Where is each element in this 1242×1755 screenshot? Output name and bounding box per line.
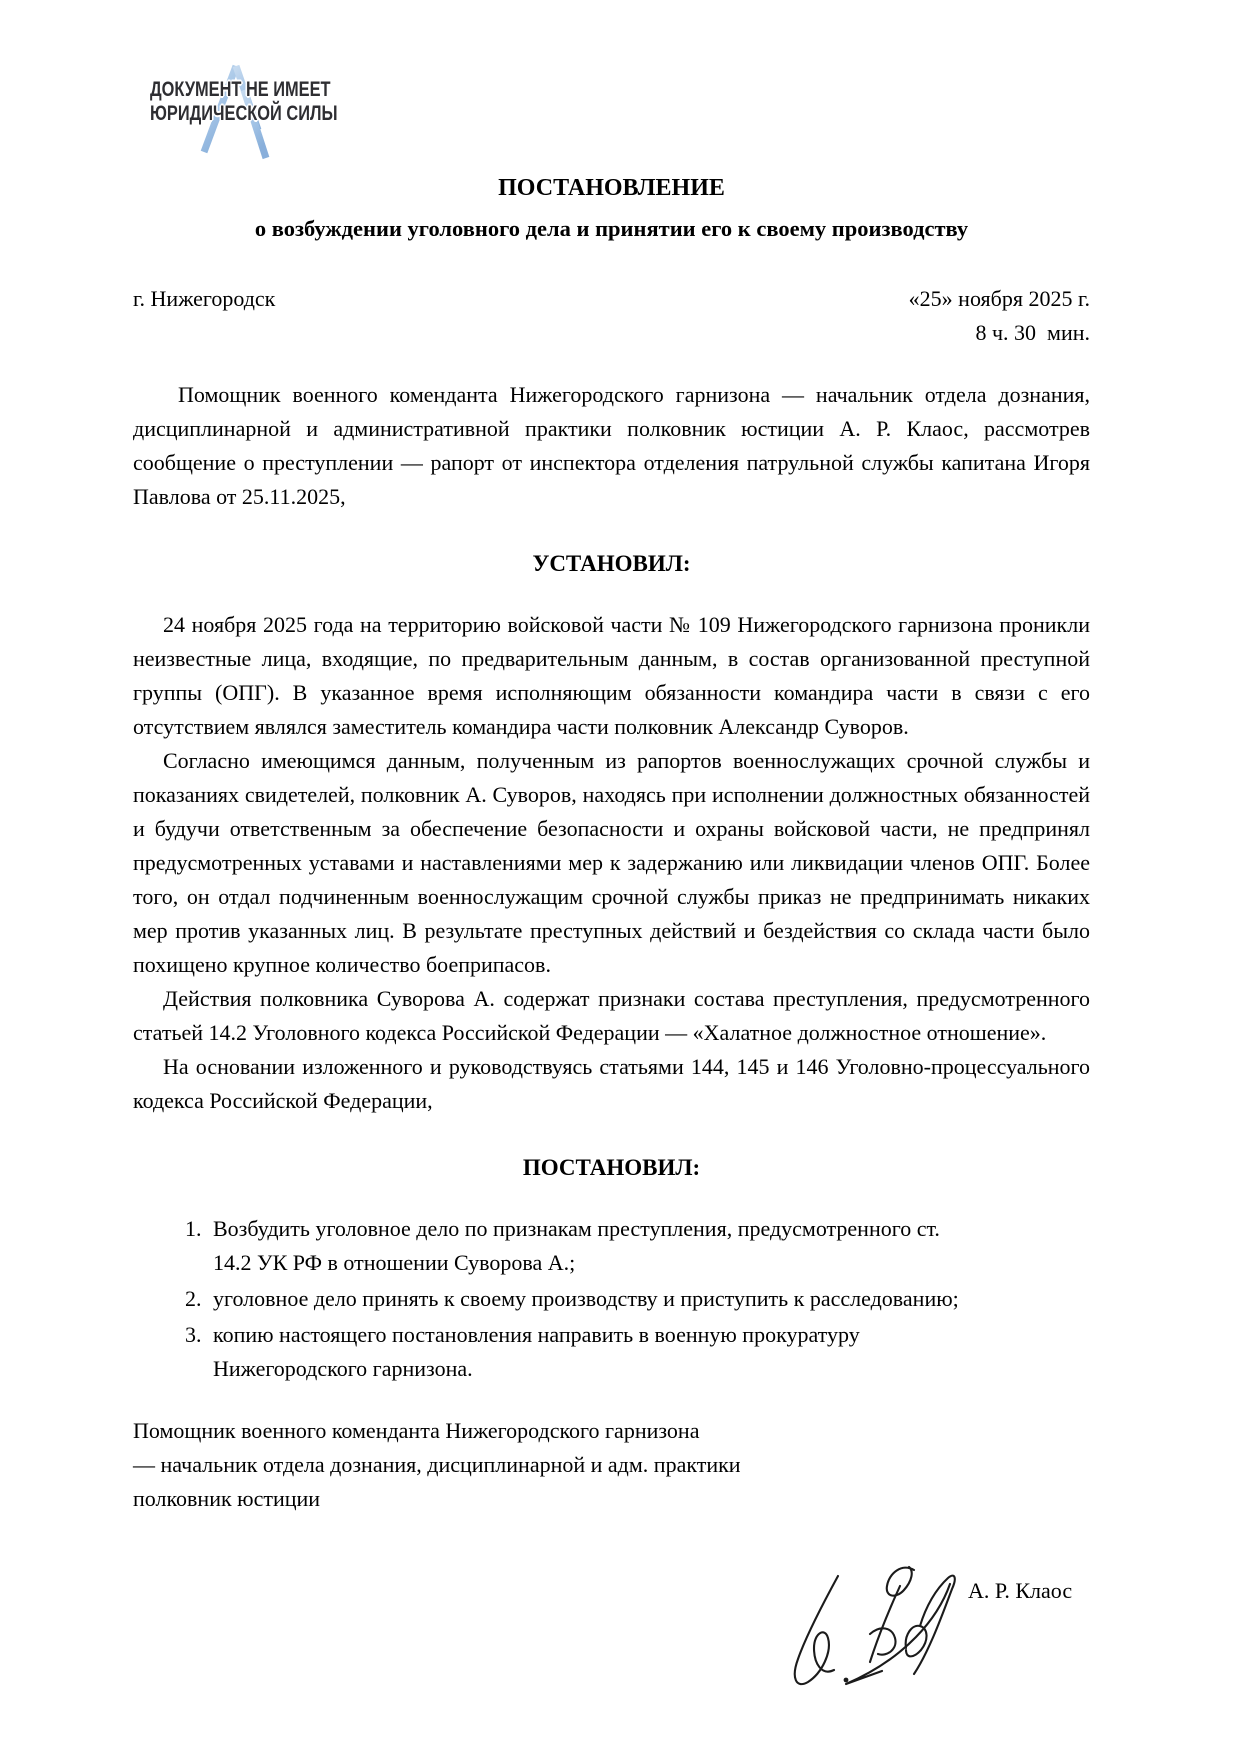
signature-name: А. Р. Клаос	[968, 1576, 1072, 1606]
watermark-line-1: ДОКУМЕНТ НЕ ИМЕЕТ	[150, 78, 329, 102]
document-time: 8 ч. 30 мин.	[975, 320, 1090, 345]
section-heading-ustanovil: УСТАНОВИЛ:	[133, 546, 1090, 582]
ustanovil-paragraph-1: 24 ноября 2025 года на территорию войско…	[133, 608, 1090, 744]
document-content: ПОСТАНОВЛЕНИЕ о возбуждении уголовного д…	[0, 172, 1242, 1516]
signoff-block: Помощник военного коменданта Нижегородск…	[133, 1414, 1090, 1516]
resolution-item-2: уголовное дело принять к своему производ…	[207, 1282, 1090, 1316]
watermark-text: ДОКУМЕНТ НЕ ИМЕЕТ ЮРИДИЧЕСКОЙ СИЛЫ	[150, 56, 329, 126]
resolution-list: Возбудить уголовное дело по признакам пр…	[133, 1212, 1090, 1386]
intro-paragraph: Помощник военного коменданта Нижегородск…	[133, 378, 1090, 514]
ustanovil-paragraph-3: Действия полковника Суворова А. содержат…	[133, 982, 1090, 1050]
document-page: ДОКУМЕНТ НЕ ИМЕЕТ ЮРИДИЧЕСКОЙ СИЛЫ ПОСТА…	[0, 0, 1242, 1755]
signoff-line-3: полковник юстиции	[133, 1482, 1090, 1516]
handwritten-signature-icon	[758, 1556, 968, 1704]
ustanovil-paragraph-2: Согласно имеющимся данным, полученным из…	[133, 744, 1090, 982]
ustanovil-paragraph-4: На основании изложенного и руководствуяс…	[133, 1050, 1090, 1118]
watermark-line-2: ЮРИДИЧЕСКОЙ СИЛЫ	[150, 102, 329, 126]
document-city: г. Нижегородск	[133, 282, 275, 316]
document-subtitle: о возбуждении уголовного дела и принятии…	[133, 214, 1090, 244]
section-heading-postanovil: ПОСТАНОВИЛ:	[133, 1150, 1090, 1186]
no-legal-force-watermark: ДОКУМЕНТ НЕ ИМЕЕТ ЮРИДИЧЕСКОЙ СИЛЫ	[150, 56, 380, 176]
document-title: ПОСТАНОВЛЕНИЕ	[133, 172, 1090, 204]
resolution-item-1: Возбудить уголовное дело по признакам пр…	[207, 1212, 1090, 1280]
place-date-row: г. Нижегородск «25» ноября 2025 г.	[133, 282, 1090, 316]
document-date: «25» ноября 2025 г.	[909, 282, 1090, 316]
time-row: 8 ч. 30 мин.	[133, 316, 1090, 350]
signoff-line-1: Помощник военного коменданта Нижегородск…	[133, 1414, 1090, 1448]
resolution-item-3: копию настоящего постановления направить…	[207, 1318, 1090, 1386]
signoff-line-2: — начальник отдела дознания, дисциплинар…	[133, 1448, 1090, 1482]
